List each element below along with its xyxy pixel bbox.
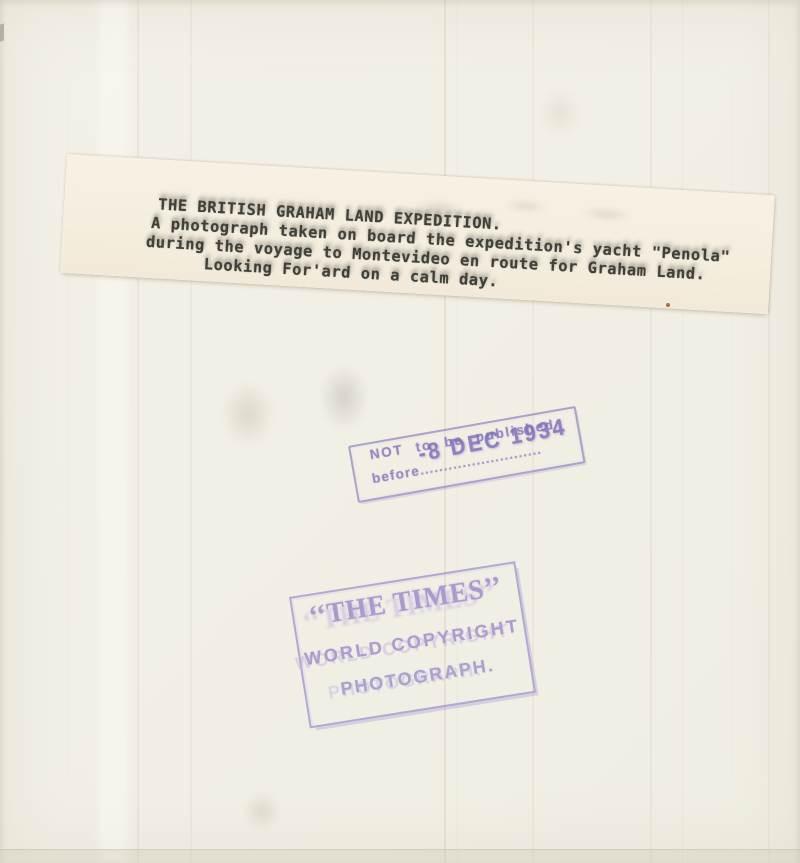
ink-smudge	[580, 205, 633, 223]
typed-caption-strip: THE BRITISH GRAHAM LAND EXPEDITION. A ph…	[60, 154, 775, 314]
smudge-stain	[540, 88, 580, 138]
paper-streak	[190, 0, 192, 863]
smudge-stain	[222, 382, 274, 446]
smudge-stain	[320, 365, 368, 429]
times-copyright-stamp: ‘‘THE TIMES’’ WORLD COPYRIGHT PHOTOGRAPH…	[289, 561, 536, 728]
red-speck	[666, 303, 670, 307]
embargo-stamp: NOT to be published before..............…	[348, 406, 586, 503]
paper-edge-mark	[0, 23, 4, 41]
ink-smudge	[502, 198, 549, 215]
photo-verso-paper: THE BRITISH GRAHAM LAND EXPEDITION. A ph…	[0, 0, 800, 863]
paper-streak	[137, 0, 139, 863]
embargo-before-label: before	[371, 463, 421, 486]
paper-streak	[768, 0, 770, 863]
smudge-stain	[244, 792, 280, 830]
paper-streak	[650, 0, 652, 863]
paper-streak	[682, 0, 683, 863]
paper-bottom-edge	[0, 849, 800, 863]
paper-streak	[98, 0, 128, 863]
